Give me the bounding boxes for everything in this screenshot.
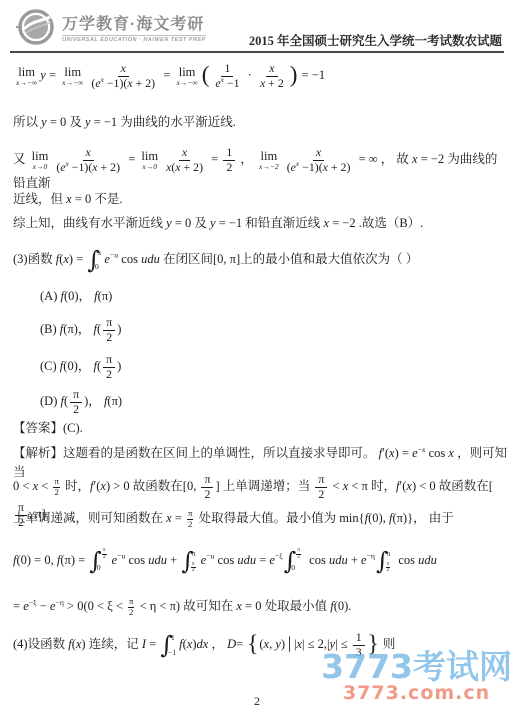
answer-line: 【答案】(C). — [13, 419, 508, 438]
analysis-line-3: 上单调递减，则可知函数在 x = π2 处取得最大值。最小值为 min{f(0)… — [13, 509, 508, 529]
equation-f0-fpi: f(0) = 0, f(π) = ∫π20e−u cos udu + ∫ππ2e… — [13, 548, 508, 574]
option-b: (B) f(π)， f(π2) — [40, 316, 508, 344]
option-d: (D) f(π2)， f(π) — [40, 388, 508, 416]
formula-limit-neg-infinity: limx→−∞y = limx→−∞x(ex −1)(x + 2) = limx… — [13, 62, 508, 90]
text-vertical-asymptote-cont: 近线，但 x = 0 不是. — [13, 190, 508, 209]
question-3-stem: (3)函数 f(x) = ∫x0e−u cos udu 在闭区间[0, π]上的… — [13, 247, 508, 273]
haiwen-logo: 万学教育·海文考研 UNIVERSAL EDUCATION · HAIWEN T… — [16, 7, 206, 52]
formula-limit-zero-neg2: 又 limx→0x(ex −1)(x + 2) = limx→0xx(x + 2… — [13, 146, 508, 193]
text-conclusion-choose-b: 综上知，曲线有水平渐近线 y = 0 及 y = −1 和铅直渐近线 x = −… — [13, 214, 508, 233]
globe-icon — [16, 7, 56, 52]
brand-subtitle: UNIVERSAL EDUCATION · HAIWEN TEST PREP — [62, 35, 206, 43]
option-a: (A) f(0)， f(π) — [40, 287, 508, 306]
header-divider — [10, 51, 504, 53]
page-number: 2 — [0, 694, 514, 709]
equation-minimum-conclusion: = e−ξ − e−η > 0(0 < ξ < π2 < η < π) 故可知在… — [13, 597, 508, 617]
question-4-stem: (4)设函数 f(x) 连续，记 I = ∫1−1f(x)dx ， D= {(x… — [13, 631, 508, 659]
option-c: (C) f(0)， f(π2) — [40, 353, 508, 381]
text-horizontal-asymptotes: 所以 y = 0 及 y = −1 为曲线的水平渐近线. — [13, 113, 508, 132]
brand-name: 万学教育·海文考研 — [62, 16, 206, 34]
document-page: 万学教育·海文考研 UNIVERSAL EDUCATION · HAIWEN T… — [0, 0, 514, 720]
exam-title: 2015 年全国硕士研究生入学统一考试数农试题 — [249, 31, 502, 49]
